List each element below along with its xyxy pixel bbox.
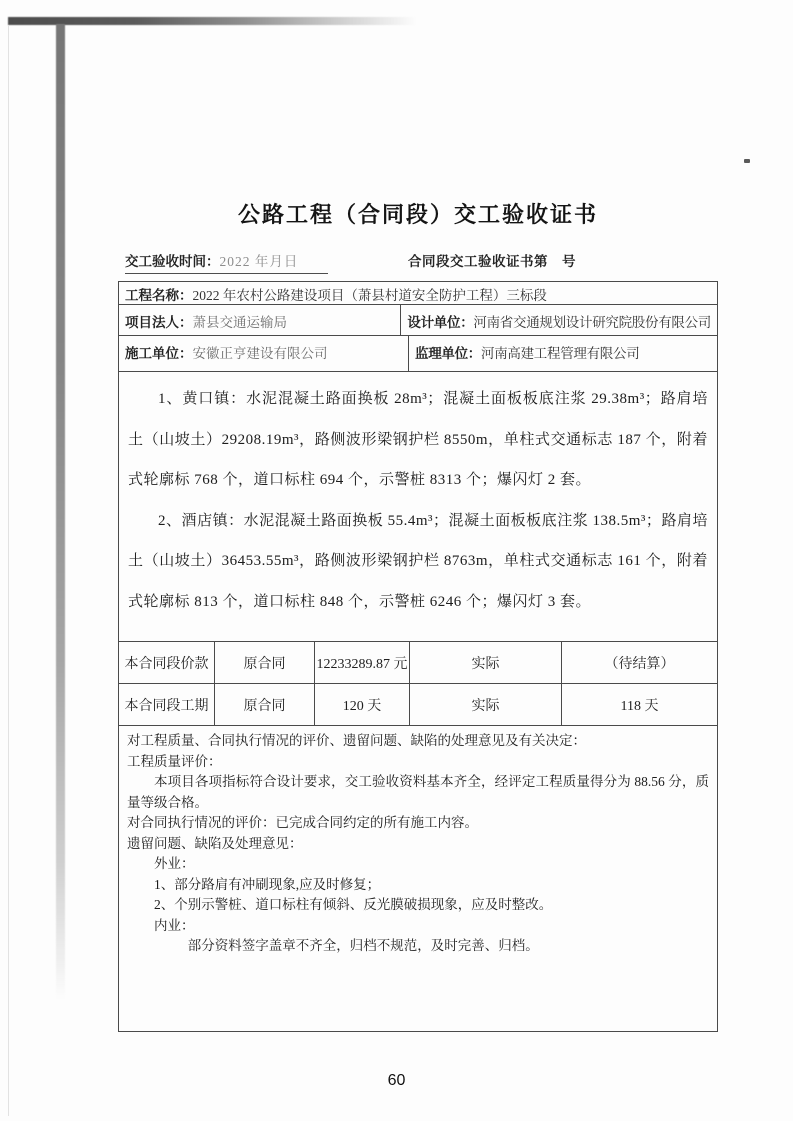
supervision-unit-value: 河南高建工程管理有限公司 — [481, 346, 639, 361]
page-edge-line — [8, 26, 9, 1116]
remaining-issues-label: 遗留问题、缺陷及处理意见： — [127, 834, 709, 855]
office-work-label: 内业： — [127, 916, 709, 937]
field-work-item-2: 2、个别示警桩、道口标柱有倾斜、反光膜破损现象，应及时整改。 — [127, 895, 709, 916]
work-scope-row: 1、黄口镇：水泥混凝土路面换板 28m³；混凝土面板板底注浆 29.38m³；路… — [119, 372, 717, 642]
duration-original-cell: 120 天 — [315, 684, 410, 725]
contract-price-row: 本合同段价款 原合同 12233289.87 元 实际 （待结算） — [119, 642, 717, 684]
acceptance-time-value: 2022 年月日 — [220, 254, 299, 269]
project-name-value: 2022 年农村公路建设项目（萧县村道安全防护工程）三标段 — [193, 288, 547, 303]
acceptance-table: 工程名称：2022 年农村公路建设项目（萧县村道安全防护工程）三标段 项目法人：… — [118, 281, 718, 1032]
project-name-row: 工程名称：2022 年农村公路建设项目（萧县村道安全防护工程）三标段 — [119, 282, 717, 305]
price-original-cell: 12233289.87 元 — [315, 642, 410, 683]
design-unit-value: 河南省交通规划设计研究院股份有限公司 — [473, 315, 711, 330]
contract-duration-row: 本合同段工期 原合同 120 天 实际 118 天 — [119, 684, 717, 726]
scan-shadow-top — [8, 17, 438, 25]
construction-supervision-row: 施工单位：安徽正亨建设有限公司 监理单位：河南高建工程管理有限公司 — [119, 336, 717, 372]
design-unit-cell: 设计单位：河南省交通规划设计研究院股份有限公司 — [401, 305, 717, 335]
design-unit-label: 设计单位： — [407, 315, 473, 330]
page-number: 60 — [0, 1072, 793, 1090]
legal-person-cell: 项目法人：萧县交通运输局 — [119, 305, 401, 335]
duration-item-cell: 本合同段工期 — [119, 684, 215, 725]
field-work-label: 外业： — [127, 854, 709, 875]
scan-speck — [744, 159, 750, 163]
construction-unit-cell: 施工单位：安徽正亨建设有限公司 — [119, 336, 409, 371]
quality-evaluation-label: 工程质量评价： — [127, 752, 709, 773]
price-actual-label-cell: 实际 — [410, 642, 562, 683]
acceptance-time-field: 交工验收时间：2022 年月日 — [125, 250, 328, 274]
supervision-unit-cell: 监理单位：河南高建工程管理有限公司 — [409, 336, 717, 371]
scope-paragraph-1: 1、黄口镇：水泥混凝土路面换板 28m³；混凝土面板板底注浆 29.38m³；路… — [128, 379, 708, 501]
document-title: 公路工程（合同段）交工验收证书 — [118, 198, 718, 229]
price-item-cell: 本合同段价款 — [119, 642, 215, 683]
price-basis-cell: 原合同 — [215, 642, 315, 683]
scope-paragraph-2: 2、酒店镇：水泥混凝土路面换板 55.4m³；混凝土面板板底注浆 138.5m³… — [128, 501, 708, 623]
office-work-item: 部分资料签字盖章不齐全，归档不规范，及时完善、归档。 — [127, 936, 709, 957]
legal-design-row: 项目法人：萧县交通运输局 设计单位：河南省交通规划设计研究院股份有限公司 — [119, 305, 717, 336]
construction-unit-value: 安徽正亨建设有限公司 — [193, 346, 328, 361]
evaluation-cell: 对工程质量、合同执行情况的评价、遗留问题、缺陷的处理意见及有关决定： 工程质量评… — [119, 726, 717, 957]
project-name-cell: 工程名称：2022 年农村公路建设项目（萧县村道安全防护工程）三标段 — [119, 282, 717, 304]
scan-shadow-left — [56, 24, 65, 1009]
duration-actual-label-cell: 实际 — [410, 684, 562, 725]
duration-actual-value-cell: 118 天 — [562, 684, 717, 725]
work-scope-cell: 1、黄口镇：水泥混凝土路面换板 28m³；混凝土面板板底注浆 29.38m³；路… — [119, 372, 717, 641]
acceptance-time-label: 交工验收时间： — [125, 254, 220, 269]
quality-evaluation-text: 本项目各项指标符合设计要求，交工验收资料基本齐全，经评定工程质量得分为 88.5… — [127, 772, 709, 813]
project-name-label: 工程名称： — [125, 288, 193, 303]
evaluation-heading: 对工程质量、合同执行情况的评价、遗留问题、缺陷的处理意见及有关决定： — [127, 731, 709, 752]
field-work-item-1: 1、部分路肩有冲刷现象,应及时修复； — [127, 875, 709, 896]
supervision-unit-label: 监理单位： — [415, 346, 481, 361]
construction-unit-label: 施工单位： — [125, 346, 193, 361]
certificate-number-field: 合同段交工验收证书第 号 — [408, 250, 576, 270]
price-actual-value-cell: （待结算） — [562, 642, 717, 683]
legal-person-value: 萧县交通运输局 — [193, 315, 288, 330]
duration-basis-cell: 原合同 — [215, 684, 315, 725]
legal-person-label: 项目法人： — [125, 315, 193, 330]
scanned-document-page: 公路工程（合同段）交工验收证书 交工验收时间：2022 年月日 合同段交工验收证… — [0, 0, 793, 1121]
contract-execution-text: 对合同执行情况的评价：已完成合同约定的所有施工内容。 — [127, 813, 709, 834]
evaluation-row: 对工程质量、合同执行情况的评价、遗留问题、缺陷的处理意见及有关决定： 工程质量评… — [119, 726, 717, 1031]
